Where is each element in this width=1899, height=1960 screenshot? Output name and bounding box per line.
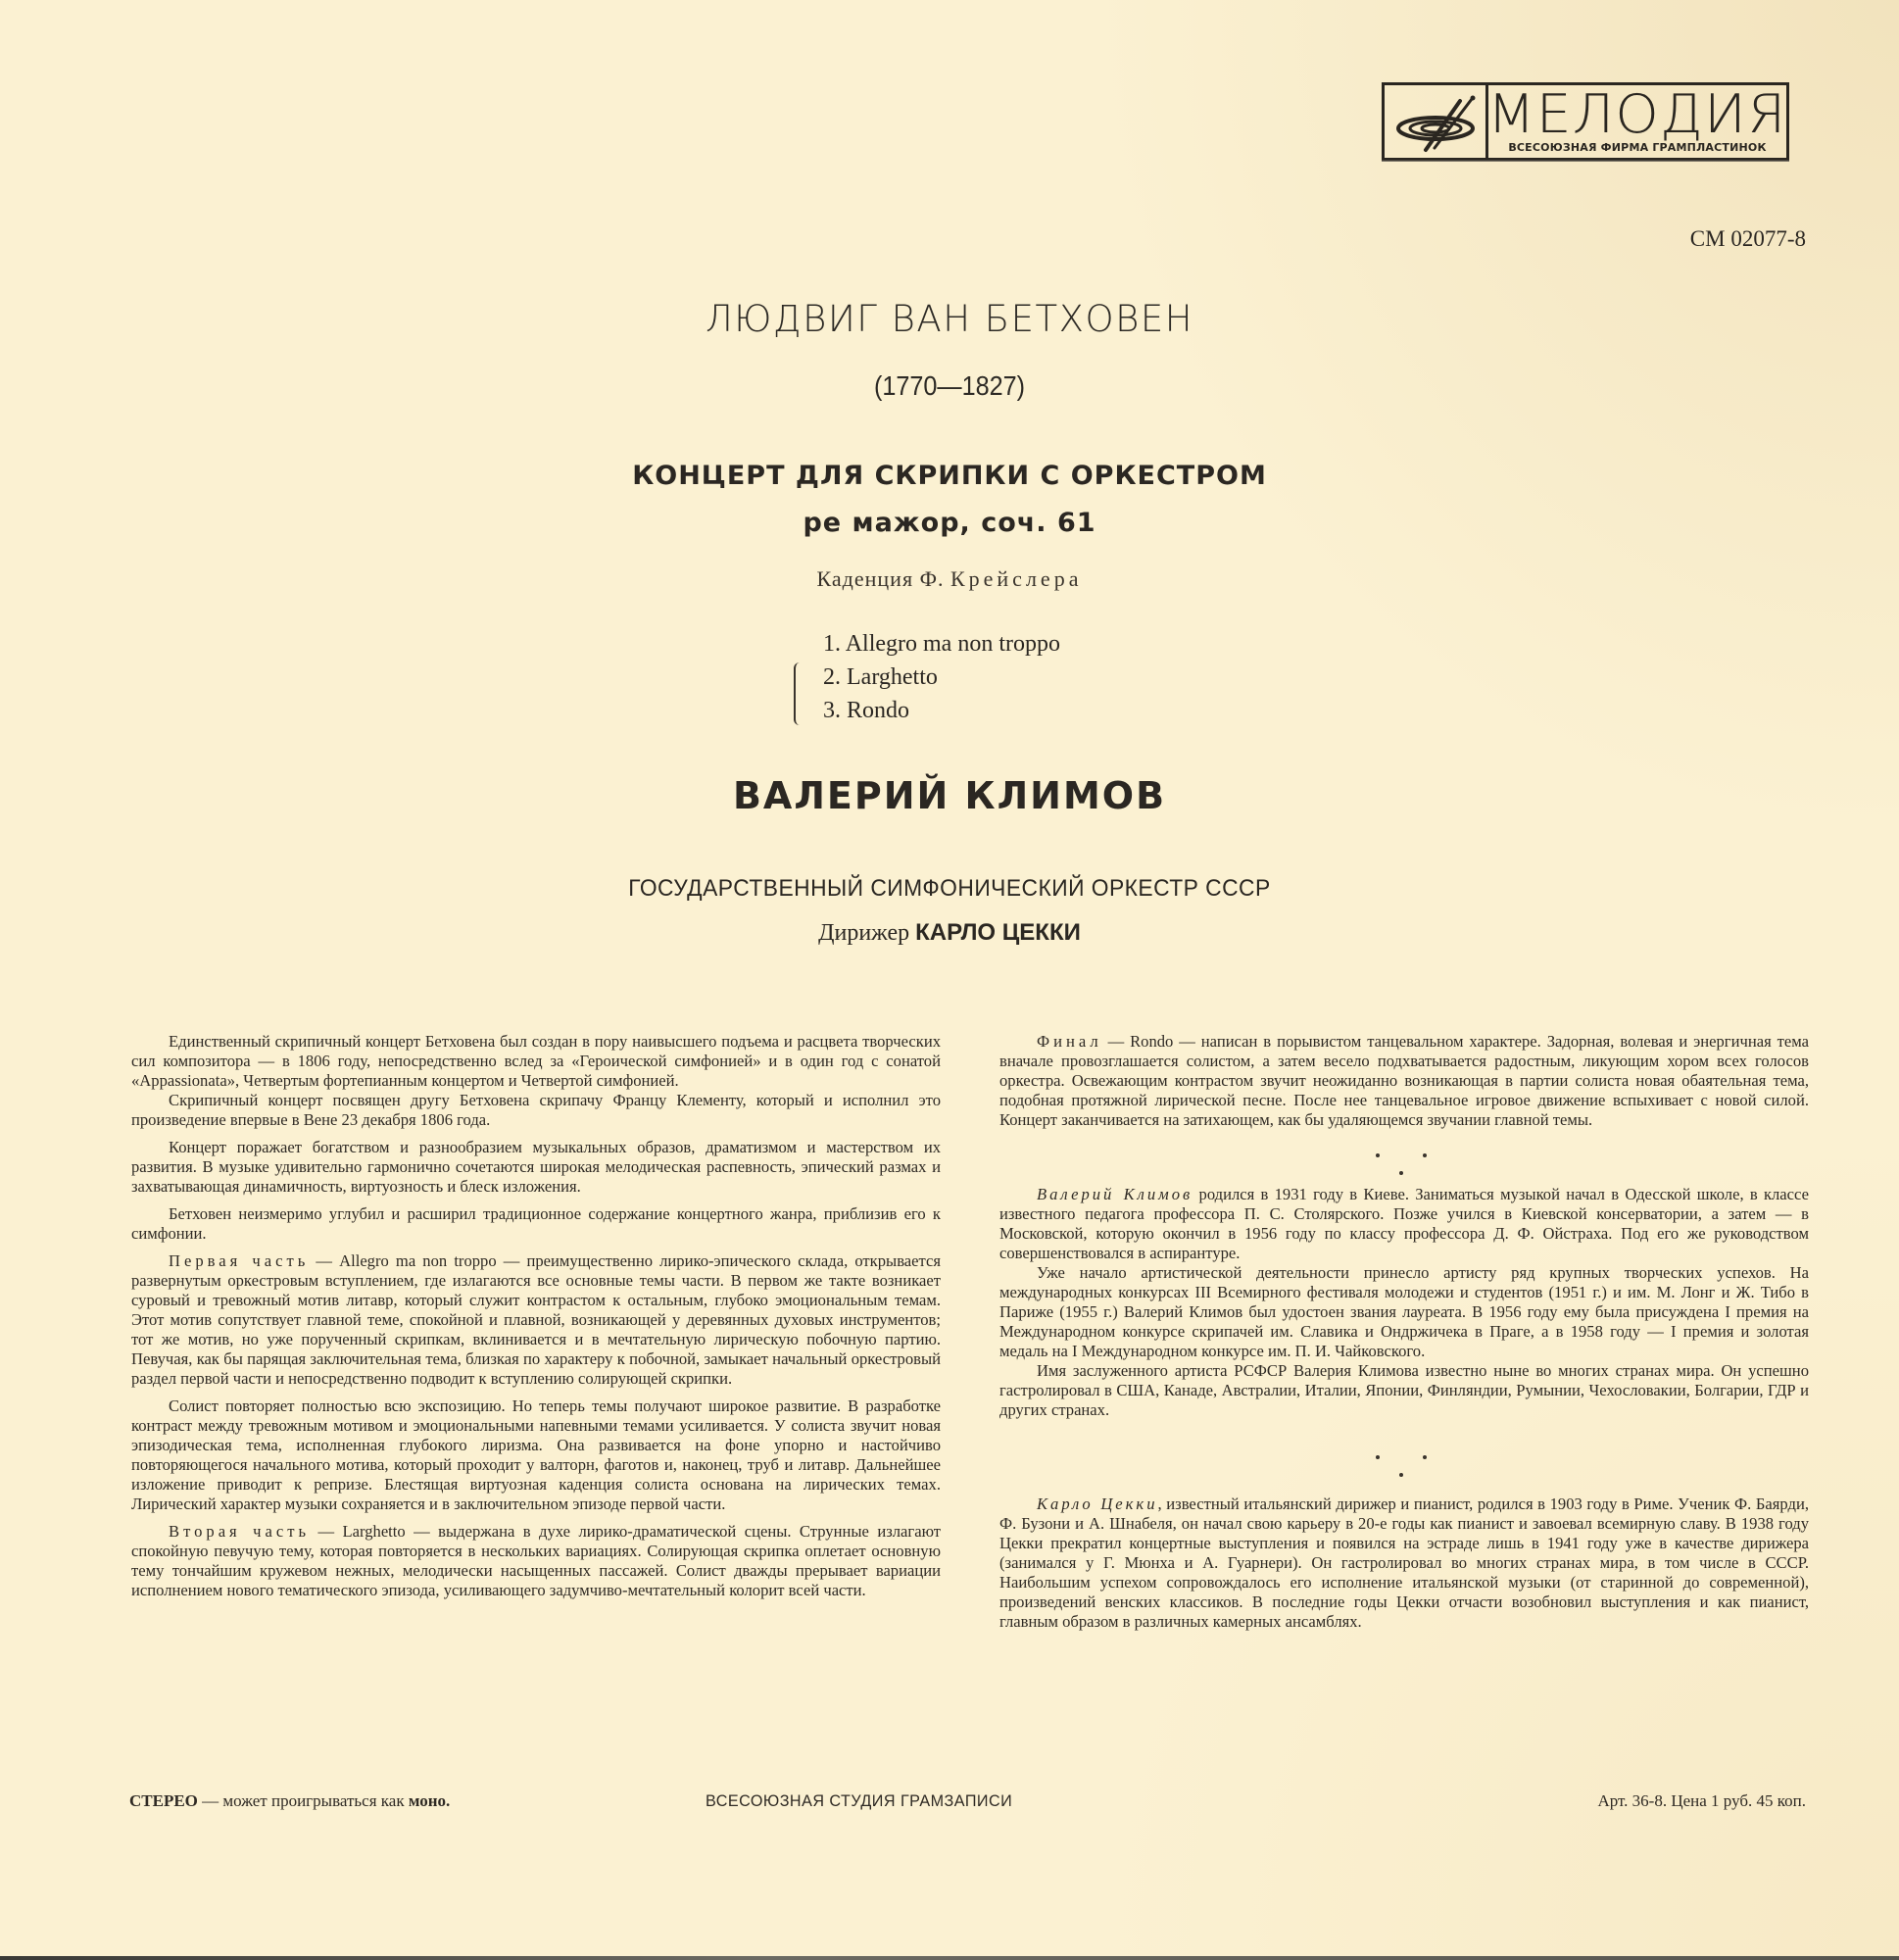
note-paragraph: Уже начало артистической деятельности пр… bbox=[999, 1263, 1809, 1361]
note-paragraph: Солист повторяет полностью всю экспозици… bbox=[131, 1396, 941, 1514]
section-lead: Первая часть bbox=[169, 1251, 309, 1270]
note-paragraph: Скрипичный концерт посвящен другу Бетхов… bbox=[131, 1091, 941, 1130]
conductor-name: КАРЛО ЦЕККИ bbox=[915, 919, 1081, 946]
section-lead: Финал bbox=[1037, 1032, 1102, 1051]
soloist-lead: Валерий Климов bbox=[1037, 1185, 1193, 1203]
note-paragraph: Карло Цекки, известный итальянский дириж… bbox=[999, 1494, 1809, 1632]
movement-item: 1. Allegro ma non troppo bbox=[823, 627, 1060, 661]
stereo-note: СТЕРЕО — может проигрываться как моно. bbox=[129, 1791, 450, 1811]
melodiya-emblem-icon bbox=[1385, 85, 1488, 158]
movement-brace bbox=[794, 662, 803, 725]
cadenza-name: Крейслера bbox=[950, 566, 1082, 591]
brand-name: МЕЛОДИЯ bbox=[1487, 89, 1787, 140]
mono-label: моно. bbox=[409, 1791, 450, 1810]
note-paragraph: Первая часть — Allegro ma non troppo — п… bbox=[131, 1251, 941, 1389]
asterism-divider bbox=[999, 1136, 1809, 1179]
logo-underline bbox=[1382, 160, 1789, 162]
price-info: Арт. 36-8. Цена 1 руб. 45 коп. bbox=[1597, 1791, 1806, 1811]
note-paragraph: Имя заслуженного артиста РСФСР Валерия К… bbox=[999, 1361, 1809, 1420]
work-key: ре мажор, соч. 61 bbox=[0, 508, 1899, 538]
conductor-credit: Дирижер КАРЛО ЦЕККИ bbox=[0, 919, 1899, 947]
catalog-number: СМ 02077-8 bbox=[1690, 226, 1806, 252]
melodiya-logo: МЕЛОДИЯ ВСЕСОЮЗНАЯ ФИРМА ГРАМПЛАСТИНОК bbox=[1382, 82, 1789, 161]
section-lead: Вторая часть bbox=[169, 1522, 310, 1541]
work-title: КОНЦЕРТ ДЛЯ СКРИПКИ С ОРКЕСТРОМ bbox=[0, 461, 1899, 491]
note-paragraph: Валерий Климов родился в 1931 году в Кие… bbox=[999, 1185, 1809, 1263]
soloist-name: ВАЛЕРИЙ КЛИМОВ bbox=[0, 774, 1899, 817]
movement-item: 2. Larghetto bbox=[823, 661, 1060, 694]
movement-item: 3. Rondo bbox=[823, 694, 1060, 727]
movement-list: 1. Allegro ma non troppo 2. Larghetto 3.… bbox=[823, 627, 1060, 727]
sleeve-bottom-edge bbox=[0, 1956, 1899, 1960]
note-paragraph: Единственный скрипичный концерт Бетховен… bbox=[131, 1032, 941, 1091]
note-paragraph: Бетховен неизмеримо углубил и расширил т… bbox=[131, 1204, 941, 1244]
asterism-divider bbox=[999, 1432, 1809, 1489]
cadenza-credit: Каденция Ф. Крейслера bbox=[0, 566, 1899, 592]
stereo-label: СТЕРЕО bbox=[129, 1791, 198, 1810]
composer-name: ЛЮДВИГ ВАН БЕТХОВЕН bbox=[0, 298, 1899, 340]
orchestra-name: ГОСУДАРСТВЕННЫЙ СИМФОНИЧЕСКИЙ ОРКЕСТР СС… bbox=[47, 875, 1851, 903]
note-paragraph: Концерт поражает богатством и разнообраз… bbox=[131, 1138, 941, 1197]
composer-years: (1770—1827) bbox=[95, 370, 1804, 402]
studio-name: ВСЕСОЮЗНАЯ СТУДИЯ ГРАМЗАПИСИ bbox=[706, 1791, 1012, 1811]
cadenza-prefix: Каденция Ф. bbox=[817, 566, 945, 591]
conductor-lead: Карло Цекки bbox=[1037, 1494, 1158, 1513]
note-paragraph: Финал — Rondo — написан в порывистом тан… bbox=[999, 1032, 1809, 1130]
liner-notes-left: Единственный скрипичный концерт Бетховен… bbox=[131, 1032, 941, 1600]
note-paragraph: Вторая часть — Larghetto — выдержана в д… bbox=[131, 1522, 941, 1600]
liner-notes-right: Финал — Rondo — написан в порывистом тан… bbox=[999, 1032, 1809, 1632]
record-sleeve-background bbox=[0, 0, 1899, 1960]
conductor-label: Дирижер bbox=[818, 920, 909, 946]
